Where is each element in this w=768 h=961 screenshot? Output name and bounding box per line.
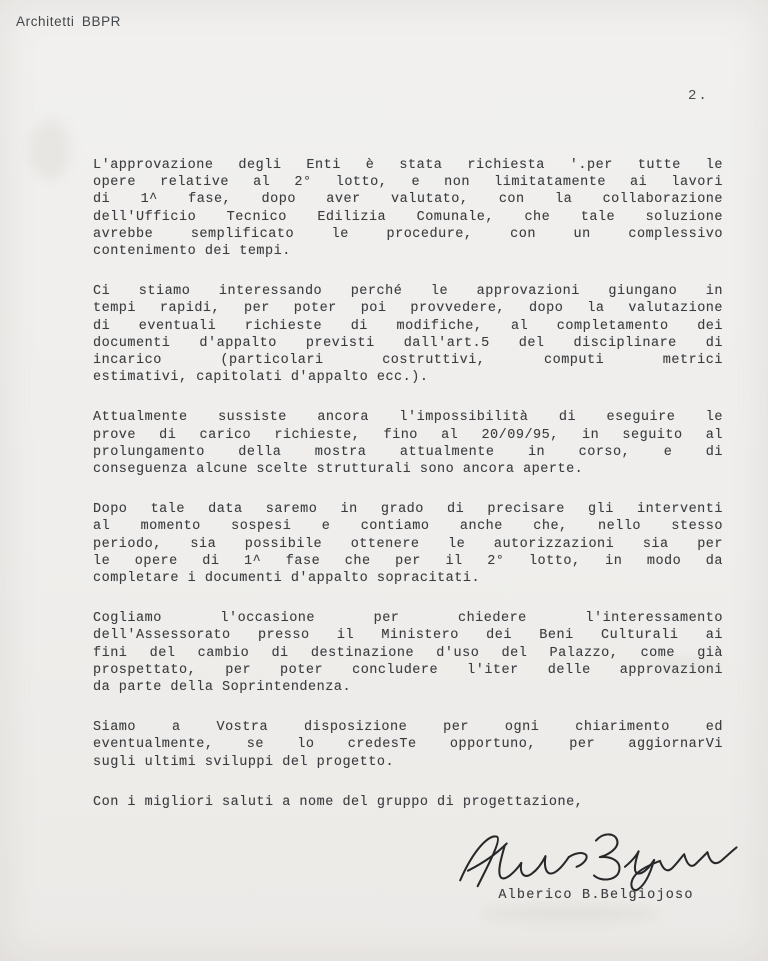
letter-line: estimativi, capitolati d'appalto ecc.). [93, 369, 723, 386]
letter-line: eventualmente, se lo credesTe opportuno,… [93, 736, 723, 753]
signatory-name: Alberico B.Belgiojoso [448, 888, 744, 903]
letter-line: Dopo tale data saremo in grado di precis… [93, 501, 723, 518]
letter-line: dell'Ufficio Tecnico Edilizia Comunale, … [93, 209, 723, 226]
letter-line: le opere di 1^ fase che per il 2° lotto,… [93, 553, 723, 570]
letter-line: di eventuali richieste di modifiche, al … [93, 318, 723, 335]
letter-line: prospettato, per poter concludere l'iter… [93, 662, 723, 679]
letter-line: periodo, sia possibile ottenere le autor… [93, 536, 723, 553]
letter-page: Architetti BBPR 2. L'approvazione degli … [0, 0, 768, 961]
paragraph-5: Cogliamo l'occasione per chiedere l'inte… [93, 610, 723, 696]
letter-line: opere relative al 2° lotto, e non limita… [93, 174, 723, 191]
paragraph-4: Dopo tale data saremo in grado di precis… [93, 501, 723, 587]
letter-line: di 1^ fase, dopo aver valutato, con la c… [93, 191, 723, 208]
paper-bleed-mark [650, 660, 720, 672]
letter-line: Attualmente sussiste ancora l'impossibil… [93, 409, 723, 426]
letter-line: al momento sospesi e contiamo anche che,… [93, 518, 723, 535]
letter-line: dell'Assessorato presso il Ministero dei… [93, 627, 723, 644]
letter-line: incarico (particolari costruttivi, compu… [93, 352, 723, 369]
letter-line: completare i documenti d'appalto sopraci… [93, 570, 723, 587]
letter-line: Siamo a Vostra disposizione per ogni chi… [93, 719, 723, 736]
page-number: 2. [688, 88, 709, 104]
paragraph-closing: Con i migliori saluti a nome del gruppo … [93, 794, 723, 811]
letter-line: avrebbe semplificato le procedure, con u… [93, 226, 723, 243]
paragraph-2: Ci stiamo interessando perché le approva… [93, 283, 723, 386]
letter-line: conseguenza alcune scelte strutturali so… [93, 461, 723, 478]
handwritten-signature-scrawl [448, 828, 740, 892]
paper-bleed-mark [480, 905, 660, 923]
letter-line: Con i migliori saluti a nome del gruppo … [93, 794, 723, 811]
letter-line: tempi rapidi, per poter poi provvedere, … [93, 300, 723, 317]
letter-body: L'approvazione degli Enti è stata richie… [93, 157, 723, 834]
letter-line: sugli ultimi sviluppi del progetto. [93, 754, 723, 771]
signature-block: Alberico B.Belgiojoso [448, 828, 744, 903]
letter-line: da parte della Soprintendenza. [93, 679, 723, 696]
letter-line: L'approvazione degli Enti è stata richie… [93, 157, 723, 174]
paragraph-1: L'approvazione degli Enti è stata richie… [93, 157, 723, 260]
letter-line: documenti d'appalto previsti dall'art.5 … [93, 335, 723, 352]
letter-line: fini del cambio di destinazione d'uso de… [93, 645, 723, 662]
paper-bleed-mark [30, 120, 70, 180]
paragraph-3: Attualmente sussiste ancora l'impossibil… [93, 409, 723, 478]
letter-line: Cogliamo l'occasione per chiedere l'inte… [93, 610, 723, 627]
letter-line: contenimento dei tempi. [93, 243, 723, 260]
letter-line: prove di carico richieste, fino al 20/09… [93, 427, 723, 444]
paragraph-6: Siamo a Vostra disposizione per ogni chi… [93, 719, 723, 771]
letter-line: Ci stiamo interessando perché le approva… [93, 283, 723, 300]
letterhead: Architetti BBPR [16, 14, 121, 29]
letter-line: prolungamento della mostra attualmente i… [93, 444, 723, 461]
